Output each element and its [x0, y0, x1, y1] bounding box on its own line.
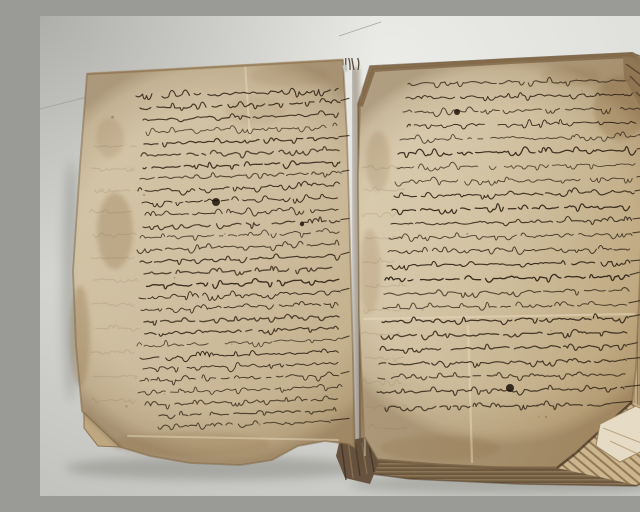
manuscript-photo	[40, 16, 640, 496]
stain	[380, 435, 500, 461]
manuscript-photo-canvas	[40, 16, 640, 496]
foxing-speck	[174, 277, 176, 279]
stain	[366, 131, 390, 191]
foxing-speck	[277, 271, 279, 273]
stain	[96, 118, 124, 158]
left-page	[70, 60, 355, 465]
foxing-speck	[258, 423, 260, 425]
ink-blot	[212, 198, 220, 206]
stain	[250, 66, 330, 86]
stain	[225, 97, 285, 125]
foxing-speck	[164, 394, 166, 396]
foxing-speck	[422, 309, 424, 311]
foxing-speck	[545, 416, 547, 418]
foxing-speck	[581, 90, 583, 92]
ink-blot	[300, 222, 304, 226]
foxing-speck	[550, 330, 552, 332]
foxing-speck	[538, 416, 539, 417]
foxing-speck	[143, 194, 145, 196]
foxing-speck	[111, 116, 114, 119]
foxing-speck	[224, 233, 226, 235]
ink-blot	[454, 109, 460, 115]
stain	[70, 286, 90, 386]
stain	[360, 229, 380, 313]
foxing-speck	[125, 405, 127, 407]
ink-blot	[506, 384, 514, 392]
foxing-speck	[231, 343, 233, 345]
foxing-speck	[466, 233, 468, 235]
